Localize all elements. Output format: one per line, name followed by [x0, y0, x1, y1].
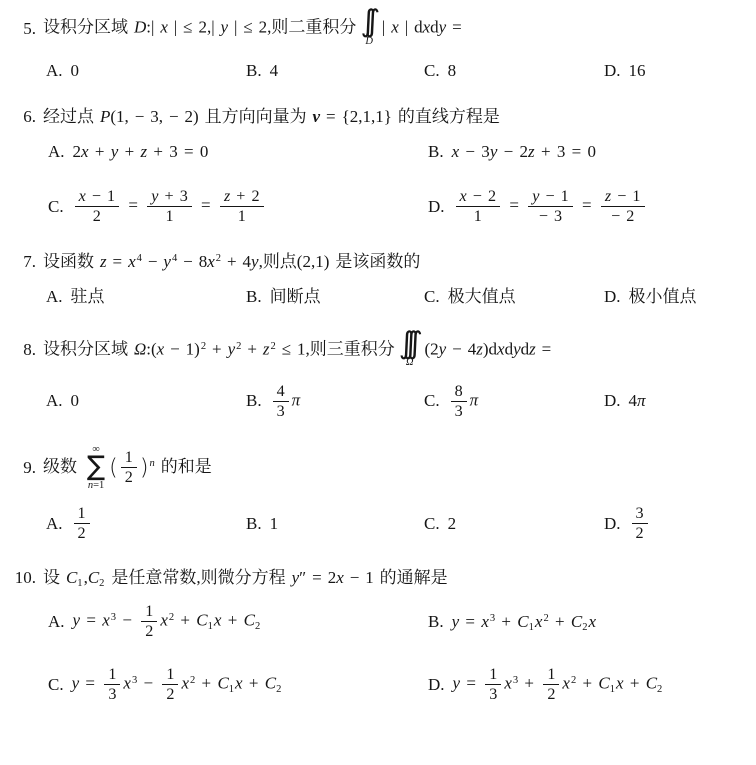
math-variable: y — [228, 339, 236, 358]
math-variable: y — [163, 252, 171, 271]
subscript: 2 — [276, 684, 281, 695]
math-variable: π — [292, 390, 301, 409]
math-variable: y — [532, 188, 539, 205]
superscript: 4 — [137, 253, 142, 264]
option-D: D.x − 21 = y − 1− 3 = z − 1− 2 — [428, 187, 748, 226]
math-variable: y — [292, 568, 300, 587]
option-A: A.0 — [46, 60, 246, 82]
subscript: 2 — [255, 621, 260, 632]
numerator: 1 — [485, 665, 501, 684]
question-stem-row: 10. 设 C1,C2 是任意常数,则微分方程 y″ = 2x − 1 的通解是 — [6, 567, 748, 589]
option-label: A. — [46, 513, 63, 535]
math-variable: C — [196, 611, 207, 630]
question-stem: 设 C1,C2 是任意常数,则微分方程 y″ = 2x − 1 的通解是 — [43, 567, 448, 589]
question-stem-row: 5. 设积分区域 D:| x | ≤ 2,| y | ≤ 2,则二重积分∫∫D|… — [6, 10, 748, 47]
math-variable: x — [423, 17, 431, 36]
question-stem: 经过点 P(1, − 3, − 2) 且方向向量为 v = {2,1,1} 的直… — [43, 106, 500, 128]
numerator: y − 1 — [528, 187, 573, 206]
question: 9. 级数 ∞∑n=1(12)n 的和是 A.12B.1C.2D.32 — [6, 445, 748, 543]
superscript: 2 — [271, 341, 276, 352]
fraction: 12 — [543, 665, 559, 704]
option-body: 2x + y + z + 3 = 0 — [73, 141, 209, 163]
fraction: 12 — [141, 602, 157, 641]
option-C: C.8 — [424, 60, 604, 82]
lower-limit: Ω — [406, 358, 414, 369]
math-variable: x — [181, 674, 189, 693]
option-label: B. — [428, 141, 444, 163]
option-body: 2 — [448, 513, 457, 535]
option-body: 83π — [448, 382, 479, 421]
fraction: z − 1− 2 — [601, 187, 645, 226]
math-variable: C — [88, 568, 99, 587]
option-B: B.x − 3y − 2z + 3 = 0 — [428, 141, 748, 163]
question: 6. 经过点 P(1, − 3, − 2) 且方向向量为 v = {2,1,1}… — [6, 106, 748, 226]
option-C: C.y = 13x3 − 12x2 + C1x + C2 — [48, 665, 428, 704]
math-variable: C — [646, 674, 657, 693]
option-label: A. — [46, 390, 63, 412]
denominator: − 3 — [528, 206, 573, 226]
superscript: 3 — [111, 612, 116, 623]
fraction: x − 12 — [75, 187, 120, 226]
option-body: 12 — [71, 504, 93, 543]
denominator: 3 — [104, 684, 120, 704]
denominator: 2 — [162, 684, 178, 704]
option-label: D. — [604, 60, 621, 82]
numerator: 8 — [451, 382, 467, 401]
math-variable: n — [88, 480, 93, 491]
subscript: 1 — [208, 621, 213, 632]
math-variable: D — [134, 17, 146, 36]
option-C: C.x − 12 = y + 31 = z + 21 — [48, 187, 428, 226]
superscript: 2 — [169, 612, 174, 623]
option-label: C. — [424, 286, 440, 308]
denominator: 2 — [543, 684, 559, 704]
math-variable: π — [470, 390, 479, 409]
option-label: B. — [428, 611, 444, 633]
options-row: A.2x + y + z + 3 = 0B.x − 3y − 2z + 3 = … — [48, 141, 748, 226]
math-variable: C — [517, 612, 528, 631]
exam-page: { "page": {"background": "#ffffff", "ink… — [0, 0, 756, 765]
math-variable: Ω — [406, 357, 414, 368]
math-variable: y — [490, 142, 498, 161]
lower-limit: n=1 — [88, 481, 104, 492]
question-stem: 设积分区域 D:| x | ≤ 2,| y | ≤ 2,则二重积分∫∫D| x … — [43, 10, 462, 47]
math-variable: x — [214, 611, 222, 630]
option-body: x − 3y − 2z + 3 = 0 — [452, 141, 596, 163]
math-variable: C — [598, 674, 609, 693]
numerator: y + 3 — [147, 187, 192, 206]
math-variable: y — [221, 17, 229, 36]
superscript: 2 — [571, 675, 576, 686]
double-integral: ∫∫D — [360, 10, 377, 47]
denominator: 2 — [75, 206, 120, 226]
option-label: A. — [46, 60, 63, 82]
numerator: 1 — [543, 665, 559, 684]
numerator: 1 — [104, 665, 120, 684]
subscript: 1 — [529, 622, 534, 633]
option-B: B.43π — [246, 382, 424, 421]
numerator: 4 — [273, 382, 289, 401]
option-C: C.83π — [424, 382, 604, 421]
math-variable: x — [535, 612, 543, 631]
subscript: 2 — [582, 622, 587, 633]
option-label: C. — [48, 674, 64, 696]
question-stem: 设函数 z = x4 − y4 − 8x2 + 4y,则点(2,1) 是该函数的 — [43, 251, 420, 273]
subscript: 2 — [99, 578, 104, 589]
option-C: C.2 — [424, 513, 604, 535]
math-variable: C — [244, 611, 255, 630]
triple-integral: ∫∫∫Ω — [399, 332, 421, 369]
denominator: 2 — [74, 523, 90, 543]
math-variable: y — [73, 611, 81, 630]
numerator: 1 — [74, 504, 90, 523]
math-variable: x — [123, 674, 131, 693]
math-variable: C — [265, 674, 276, 693]
question-stem: 设积分区域 Ω:(x − 1)2 + y2 + z2 ≤ 1,则三重积分∫∫∫Ω… — [43, 332, 551, 369]
superscript: 4 — [172, 253, 177, 264]
question: 10. 设 C1,C2 是任意常数,则微分方程 y″ = 2x − 1 的通解是… — [6, 567, 748, 704]
math-variable: y — [513, 339, 521, 358]
math-vector: v — [313, 107, 321, 126]
lower-limit: D — [365, 37, 373, 48]
fraction: 13 — [485, 665, 501, 704]
math-variable: x — [616, 674, 624, 693]
option-body: 43π — [270, 382, 301, 421]
denominator: 2 — [141, 621, 157, 641]
question-stem-row: 9. 级数 ∞∑n=1(12)n 的和是 — [6, 445, 748, 491]
fraction: 83 — [451, 382, 467, 421]
fraction: 12 — [74, 504, 90, 543]
option-D: D.极小值点 — [604, 286, 748, 308]
math-variable: C — [66, 568, 77, 587]
fraction: 13 — [104, 665, 120, 704]
option-label: D. — [428, 196, 445, 218]
denominator: 1 — [220, 206, 264, 226]
superscript: 2 — [190, 675, 195, 686]
question-number: 6. — [6, 106, 36, 128]
denominator: − 2 — [601, 206, 645, 226]
option-label: B. — [246, 390, 262, 412]
parenthesis: ( — [109, 455, 118, 481]
question-stem-row: 7. 设函数 z = x4 − y4 − 8x2 + 4y,则点(2,1) 是该… — [6, 251, 748, 273]
math-variable: x — [157, 339, 165, 358]
superscript: 2 — [236, 341, 241, 352]
math-variable: y — [439, 17, 447, 36]
option-body: 4 — [270, 60, 279, 82]
numerator: z + 2 — [220, 187, 264, 206]
option-label: A. — [48, 611, 65, 633]
math-variable: x — [504, 674, 512, 693]
option-D: D.y = 13x3 + 12x2 + C1x + C2 — [428, 665, 748, 704]
option-body: 8 — [448, 60, 457, 82]
math-variable: x — [391, 17, 399, 36]
math-variable: n — [149, 458, 154, 469]
option-C: C.极大值点 — [424, 286, 604, 308]
option-body: 32 — [629, 504, 651, 543]
math-variable: P — [100, 107, 110, 126]
numerator: 1 — [121, 448, 137, 467]
math-variable: z — [263, 339, 270, 358]
math-variable: x — [562, 674, 570, 693]
subscript: 1 — [229, 684, 234, 695]
option-body: y = 13x3 − 12x2 + C1x + C2 — [72, 665, 283, 704]
math-variable: x — [452, 142, 460, 161]
option-label: C. — [424, 390, 440, 412]
math-variable: x — [460, 188, 467, 205]
option-body: 极小值点 — [629, 286, 697, 308]
question-number: 7. — [6, 251, 36, 273]
question-list: 5. 设积分区域 D:| x | ≤ 2,| y | ≤ 2,则二重积分∫∫D|… — [6, 10, 748, 705]
double-integral-glyph: ∫∫ — [360, 10, 368, 35]
math-variable: x — [497, 339, 505, 358]
math-variable: C — [571, 612, 582, 631]
math-variable: y — [111, 142, 119, 161]
math-variable: x — [589, 612, 597, 631]
question-number: 8. — [6, 339, 36, 361]
question-number: 5. — [6, 18, 36, 40]
option-B: B.1 — [246, 513, 424, 535]
superscript: 3 — [490, 613, 495, 624]
option-B: B.y = x3 + C1x2 + C2x — [428, 611, 748, 633]
math-variable: x — [207, 252, 215, 271]
superscript: n — [149, 458, 154, 469]
math-variable: x — [336, 568, 344, 587]
math-variable: x — [235, 674, 243, 693]
math-variable: x — [81, 142, 89, 161]
math-variable: z — [529, 339, 536, 358]
math-variable: D — [365, 36, 373, 47]
superscript: 2 — [216, 253, 221, 264]
question: 7. 设函数 z = x4 − y4 − 8x2 + 4y,则点(2,1) 是该… — [6, 251, 748, 308]
parenthesis: ) — [140, 455, 149, 481]
denominator: 2 — [632, 523, 648, 543]
fraction: y − 1− 3 — [528, 187, 573, 226]
options-row: A.12B.1C.2D.32 — [46, 504, 748, 543]
math-variable: x — [160, 17, 168, 36]
options-row: A.0B.43πC.83πD.4π — [46, 382, 748, 421]
option-label: D. — [604, 513, 621, 535]
math-variable: y — [251, 252, 259, 271]
option-body: 驻点 — [71, 286, 105, 308]
option-body: 16 — [629, 60, 646, 82]
option-label: B. — [246, 286, 262, 308]
denominator: 3 — [273, 401, 289, 421]
option-body: y = x3 − 12x2 + C1x + C2 — [73, 602, 262, 641]
question-stem: 级数 ∞∑n=1(12)n 的和是 — [43, 445, 212, 491]
superscript: 3 — [132, 675, 137, 686]
superscript: 2 — [543, 613, 548, 624]
option-D: D.16 — [604, 60, 748, 82]
summation-glyph: ∑ — [87, 456, 105, 478]
fraction: 43 — [273, 382, 289, 421]
denominator: 1 — [456, 206, 501, 226]
denominator: 1 — [147, 206, 192, 226]
question-stem-row: 6. 经过点 P(1, − 3, − 2) 且方向向量为 v = {2,1,1}… — [6, 106, 748, 128]
numerator: x − 2 — [456, 187, 501, 206]
math-variable: y — [453, 674, 461, 693]
question: 8. 设积分区域 Ω:(x − 1)2 + y2 + z2 ≤ 1,则三重积分∫… — [6, 332, 748, 421]
math-variable: x — [128, 252, 136, 271]
fraction: 12 — [121, 448, 137, 487]
math-variable: y — [439, 339, 447, 358]
denominator: 3 — [485, 684, 501, 704]
option-label: C. — [424, 60, 440, 82]
denominator: 2 — [121, 467, 137, 487]
option-A: A.驻点 — [46, 286, 246, 308]
option-body: 0 — [71, 60, 80, 82]
option-body: 间断点 — [270, 286, 321, 308]
option-body: y = x3 + C1x2 + C2x — [452, 611, 596, 633]
option-label: A. — [46, 286, 63, 308]
math-variable: z — [476, 339, 483, 358]
option-D: D.32 — [604, 504, 748, 543]
option-A: A.0 — [46, 390, 246, 412]
triple-integral-glyph: ∫∫∫ — [399, 332, 412, 357]
superscript: 2 — [201, 341, 206, 352]
math-variable: x — [160, 611, 168, 630]
option-body: 4π — [629, 390, 646, 412]
fraction: 32 — [632, 504, 648, 543]
math-variable: Ω — [134, 339, 146, 358]
option-label: B. — [246, 60, 262, 82]
option-B: B.间断点 — [246, 286, 424, 308]
fraction: 12 — [162, 665, 178, 704]
option-body: x − 12 = y + 31 = z + 21 — [72, 187, 267, 226]
option-body: 极大值点 — [448, 286, 516, 308]
options-row: A.0B.4C.8D.16 — [46, 60, 748, 82]
subscript: 1 — [610, 684, 615, 695]
math-variable: z — [528, 142, 535, 161]
numerator: 1 — [141, 602, 157, 621]
option-body: 0 — [71, 390, 80, 412]
fraction: z + 21 — [220, 187, 264, 226]
option-D: D.4π — [604, 390, 748, 412]
subscript: 2 — [657, 684, 662, 695]
option-label: A. — [48, 141, 65, 163]
math-variable: x — [79, 188, 86, 205]
numerator: x − 1 — [75, 187, 120, 206]
numerator: 1 — [162, 665, 178, 684]
math-variable: z — [605, 188, 611, 205]
denominator: 3 — [451, 401, 467, 421]
option-A: A.2x + y + z + 3 = 0 — [48, 141, 428, 163]
option-body: x − 21 = y − 1− 3 = z − 1− 2 — [453, 187, 648, 226]
numerator: z − 1 — [601, 187, 645, 206]
question-number: 9. — [6, 457, 36, 479]
math-variable: y — [452, 612, 460, 631]
option-body: y = 13x3 + 12x2 + C1x + C2 — [453, 665, 664, 704]
math-variable: y — [72, 674, 80, 693]
question-stem-row: 8. 设积分区域 Ω:(x − 1)2 + y2 + z2 ≤ 1,则三重积分∫… — [6, 332, 748, 369]
option-label: D. — [604, 286, 621, 308]
option-label: B. — [246, 513, 262, 535]
math-variable: z — [140, 142, 147, 161]
math-variable: z — [100, 252, 107, 271]
fraction: y + 31 — [147, 187, 192, 226]
option-B: B.4 — [246, 60, 424, 82]
subscript: 1 — [77, 578, 82, 589]
fraction: x − 21 — [456, 187, 501, 226]
math-variable: x — [102, 611, 110, 630]
superscript: 3 — [513, 675, 518, 686]
math-variable: y — [151, 188, 158, 205]
math-variable: z — [224, 188, 230, 205]
math-variable: x — [481, 612, 489, 631]
option-body: 1 — [270, 513, 279, 535]
math-variable: C — [217, 674, 228, 693]
option-label: D. — [604, 390, 621, 412]
option-A: A.12 — [46, 504, 246, 543]
option-label: D. — [428, 674, 445, 696]
options-row: A.驻点B.间断点C.极大值点D.极小值点 — [46, 286, 748, 308]
option-A: A.y = x3 − 12x2 + C1x + C2 — [48, 602, 428, 641]
math-variable: π — [637, 391, 646, 410]
option-label: C. — [48, 196, 64, 218]
summation: ∞∑n=1 — [87, 445, 105, 491]
question-number: 10. — [6, 567, 36, 589]
options-row: A.y = x3 − 12x2 + C1x + C2B.y = x3 + C1x… — [48, 602, 748, 704]
option-label: C. — [424, 513, 440, 535]
numerator: 3 — [632, 504, 648, 523]
question: 5. 设积分区域 D:| x | ≤ 2,| y | ≤ 2,则二重积分∫∫D|… — [6, 10, 748, 82]
